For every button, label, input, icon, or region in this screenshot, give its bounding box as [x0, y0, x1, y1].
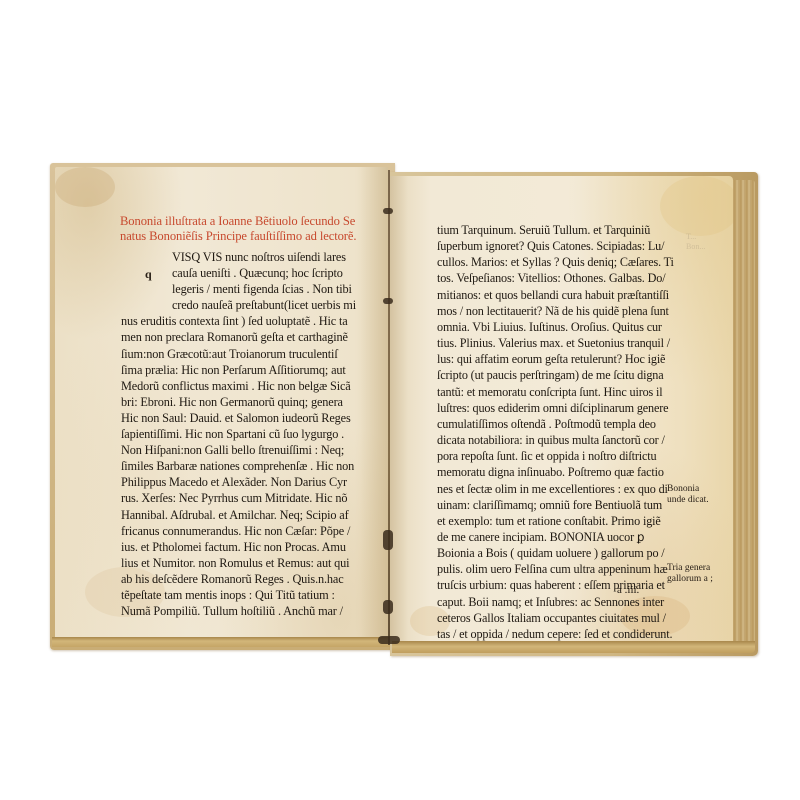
text-line: memoratu digna inſinuabo. Poſtremo quæ f… [437, 464, 674, 480]
text-line: uinam: clariſſimamq; omniũ fore Bentiuol… [437, 497, 674, 513]
text-line: de me canere incipiam. BONONIA uocor ꝑ [437, 529, 674, 545]
text-line: ſuperbum ignoret? Quis Catones. Scipiada… [437, 238, 674, 254]
binding-knot [383, 298, 393, 304]
ghost-line: T... [686, 232, 705, 242]
left-page-text: nus eruditis contexta ſint ) ſed uolupta… [121, 313, 354, 619]
text-line: Numã Pompiliũ. Tullum hoſtiliũ . Anchũ m… [121, 603, 354, 619]
text-line: Hic non Saul: Dauid. et Salomon iudeorũ … [121, 410, 354, 426]
text-line: lus: qui affatim eorum geſta retulerunt?… [437, 351, 674, 367]
show-through-text: T... Bon... [686, 232, 705, 252]
cover-bottom-edge-left [52, 637, 390, 647]
text-line: ſima prælia: Hic non Perſarum Aſſitiorum… [121, 362, 354, 378]
text-line: Non Hiſpani:non Galli bello ſtrenuiſſimi… [121, 442, 354, 458]
text-line: credo nauſeã preſtabunt(licet uerbis mi [172, 297, 356, 313]
marginal-line: Tria genera [667, 563, 713, 574]
left-page-text-indented: VISQ VIS nunc noſtros uiſendi lares cauſ… [172, 249, 356, 313]
text-line: luſtres: quos ediderim omni diſciplinaru… [437, 400, 674, 416]
rubricated-title: Bononia illuſtrata a Ioanne Bẽtiuolo ſec… [120, 214, 390, 244]
text-line: mitianos: et quos bellandi cura habuit p… [437, 287, 674, 303]
binding-knot [383, 530, 393, 550]
cover-bottom-edge-right [392, 641, 755, 653]
text-line: cullos. Marios: et Syllas ? Quis deniq; … [437, 254, 674, 270]
text-line: tium Tarquinum. Seruiũ Tullum. et Tarqui… [437, 222, 674, 238]
marginal-line: gallorum a ; [667, 574, 713, 585]
text-line: bri: Ebroni. Hic non Germanorũ quinq; ge… [121, 394, 354, 410]
marginal-line: unde dicat. [667, 495, 709, 506]
marginal-note: Bononia unde dicat. [667, 484, 709, 506]
text-line: ſium:non Græcotũ:aut Troianorum truculen… [121, 346, 354, 362]
signature-mark: a .iii. [617, 584, 639, 596]
text-line: cumulatiſſimos oſtendã . Poſtmodũ templa… [437, 416, 674, 432]
title-line: natus Bononiẽſis Principe fauſtiſſimo ad… [120, 229, 390, 244]
text-line: pora repoſta ſunt. ſic et oppida i noſtr… [437, 448, 674, 464]
text-line: tantũ: et memoratu conſcripta ſunt. Hinc… [437, 384, 674, 400]
text-line: rus. Xerſes: Nec Pyrrhus cum Mitridate. … [121, 490, 354, 506]
text-line: caput. Boii namq; et Inſubres: ac Sennon… [437, 594, 674, 610]
page-block-edge [733, 180, 755, 650]
text-line: legeris / menti figenda ſcias . Non tibi [172, 281, 356, 297]
text-line: Boionia a Bois ( quidam uoluere ) gallor… [437, 545, 674, 561]
text-line: Hannibal. Aſdrubal. et Amilchar. Neq; Sc… [121, 507, 354, 523]
gutter-shadow-right [390, 176, 408, 641]
text-line: ceteros Gallos Italiam occupantes ciuita… [437, 610, 674, 626]
text-line: nes et ſectæ olim in me excellentiores :… [437, 481, 674, 497]
text-line: ſimiles Barbaræ nationes comprehenſæ . H… [121, 458, 354, 474]
text-line: lius et Numitor. non Romulus et Remus: a… [121, 555, 354, 571]
text-line: omnia. Vbi Liuius. Iuſtinus. Oroſius. Qu… [437, 319, 674, 335]
ghost-line: Bon... [686, 242, 705, 252]
text-line: mos / non lectitauerit? Nã de his quidẽ … [437, 303, 674, 319]
book-photo: Bononia illuſtrata a Ioanne Bẽtiuolo ſec… [0, 0, 800, 800]
text-line: tos. Veſpeſianos: Vitellios: Othones. Ga… [437, 270, 674, 286]
text-line: tas / et oppida / nedum cepere: ſed et c… [437, 626, 674, 642]
text-line: tius. Plinius. Valerius max. et Suetoniu… [437, 335, 674, 351]
text-line: nus eruditis contexta ſint ) ſed uolupta… [121, 313, 354, 329]
text-line: men non preclara Romanorũ geſta et carth… [121, 329, 354, 345]
text-line: pulis. olim uero Felſina cum ultra appen… [437, 561, 674, 577]
text-line: fricanus connumerandus. Hic non Cæſar: P… [121, 523, 354, 539]
title-line: Bononia illuſtrata a Ioanne Bẽtiuolo ſec… [120, 214, 390, 229]
text-line: tẽpeſtate tam mentis inops : Qui Titũ ta… [121, 587, 354, 603]
text-line: dicata notabiliora: in quibus multa ſanc… [437, 432, 674, 448]
marginal-line: Bononia [667, 484, 709, 495]
text-line: et exemplo: tum et ratione conſtabit. Pr… [437, 513, 674, 529]
binding-knot [378, 636, 400, 644]
text-line: ſapientiſſimi. Hic non Spartani cũ ſuo l… [121, 426, 354, 442]
text-line: ab his deſcẽdere Romanorũ Reges . Quis.n… [121, 571, 354, 587]
text-line: VISQ VIS nunc noſtros uiſendi lares [172, 249, 356, 265]
binding-knot [383, 600, 393, 614]
text-line: ſcripto (ut paucis perſtringam) de me ſc… [437, 367, 674, 383]
marginal-note: Tria genera gallorum a ; [667, 563, 713, 585]
text-line: ius. et Ptholomei factum. Hic non Procas… [121, 539, 354, 555]
guide-letter: q [145, 267, 152, 282]
right-page-text: tium Tarquinum. Seruiũ Tullum. et Tarqui… [437, 222, 674, 642]
text-line: cauſa ueniſti . Quæcunq; hoc ſcripto [172, 265, 356, 281]
text-line: Medorũ conflictus maximi . Hic non belgæ… [121, 378, 354, 394]
text-line: Philippus Macedo et Alexãder. Non Darius… [121, 474, 354, 490]
